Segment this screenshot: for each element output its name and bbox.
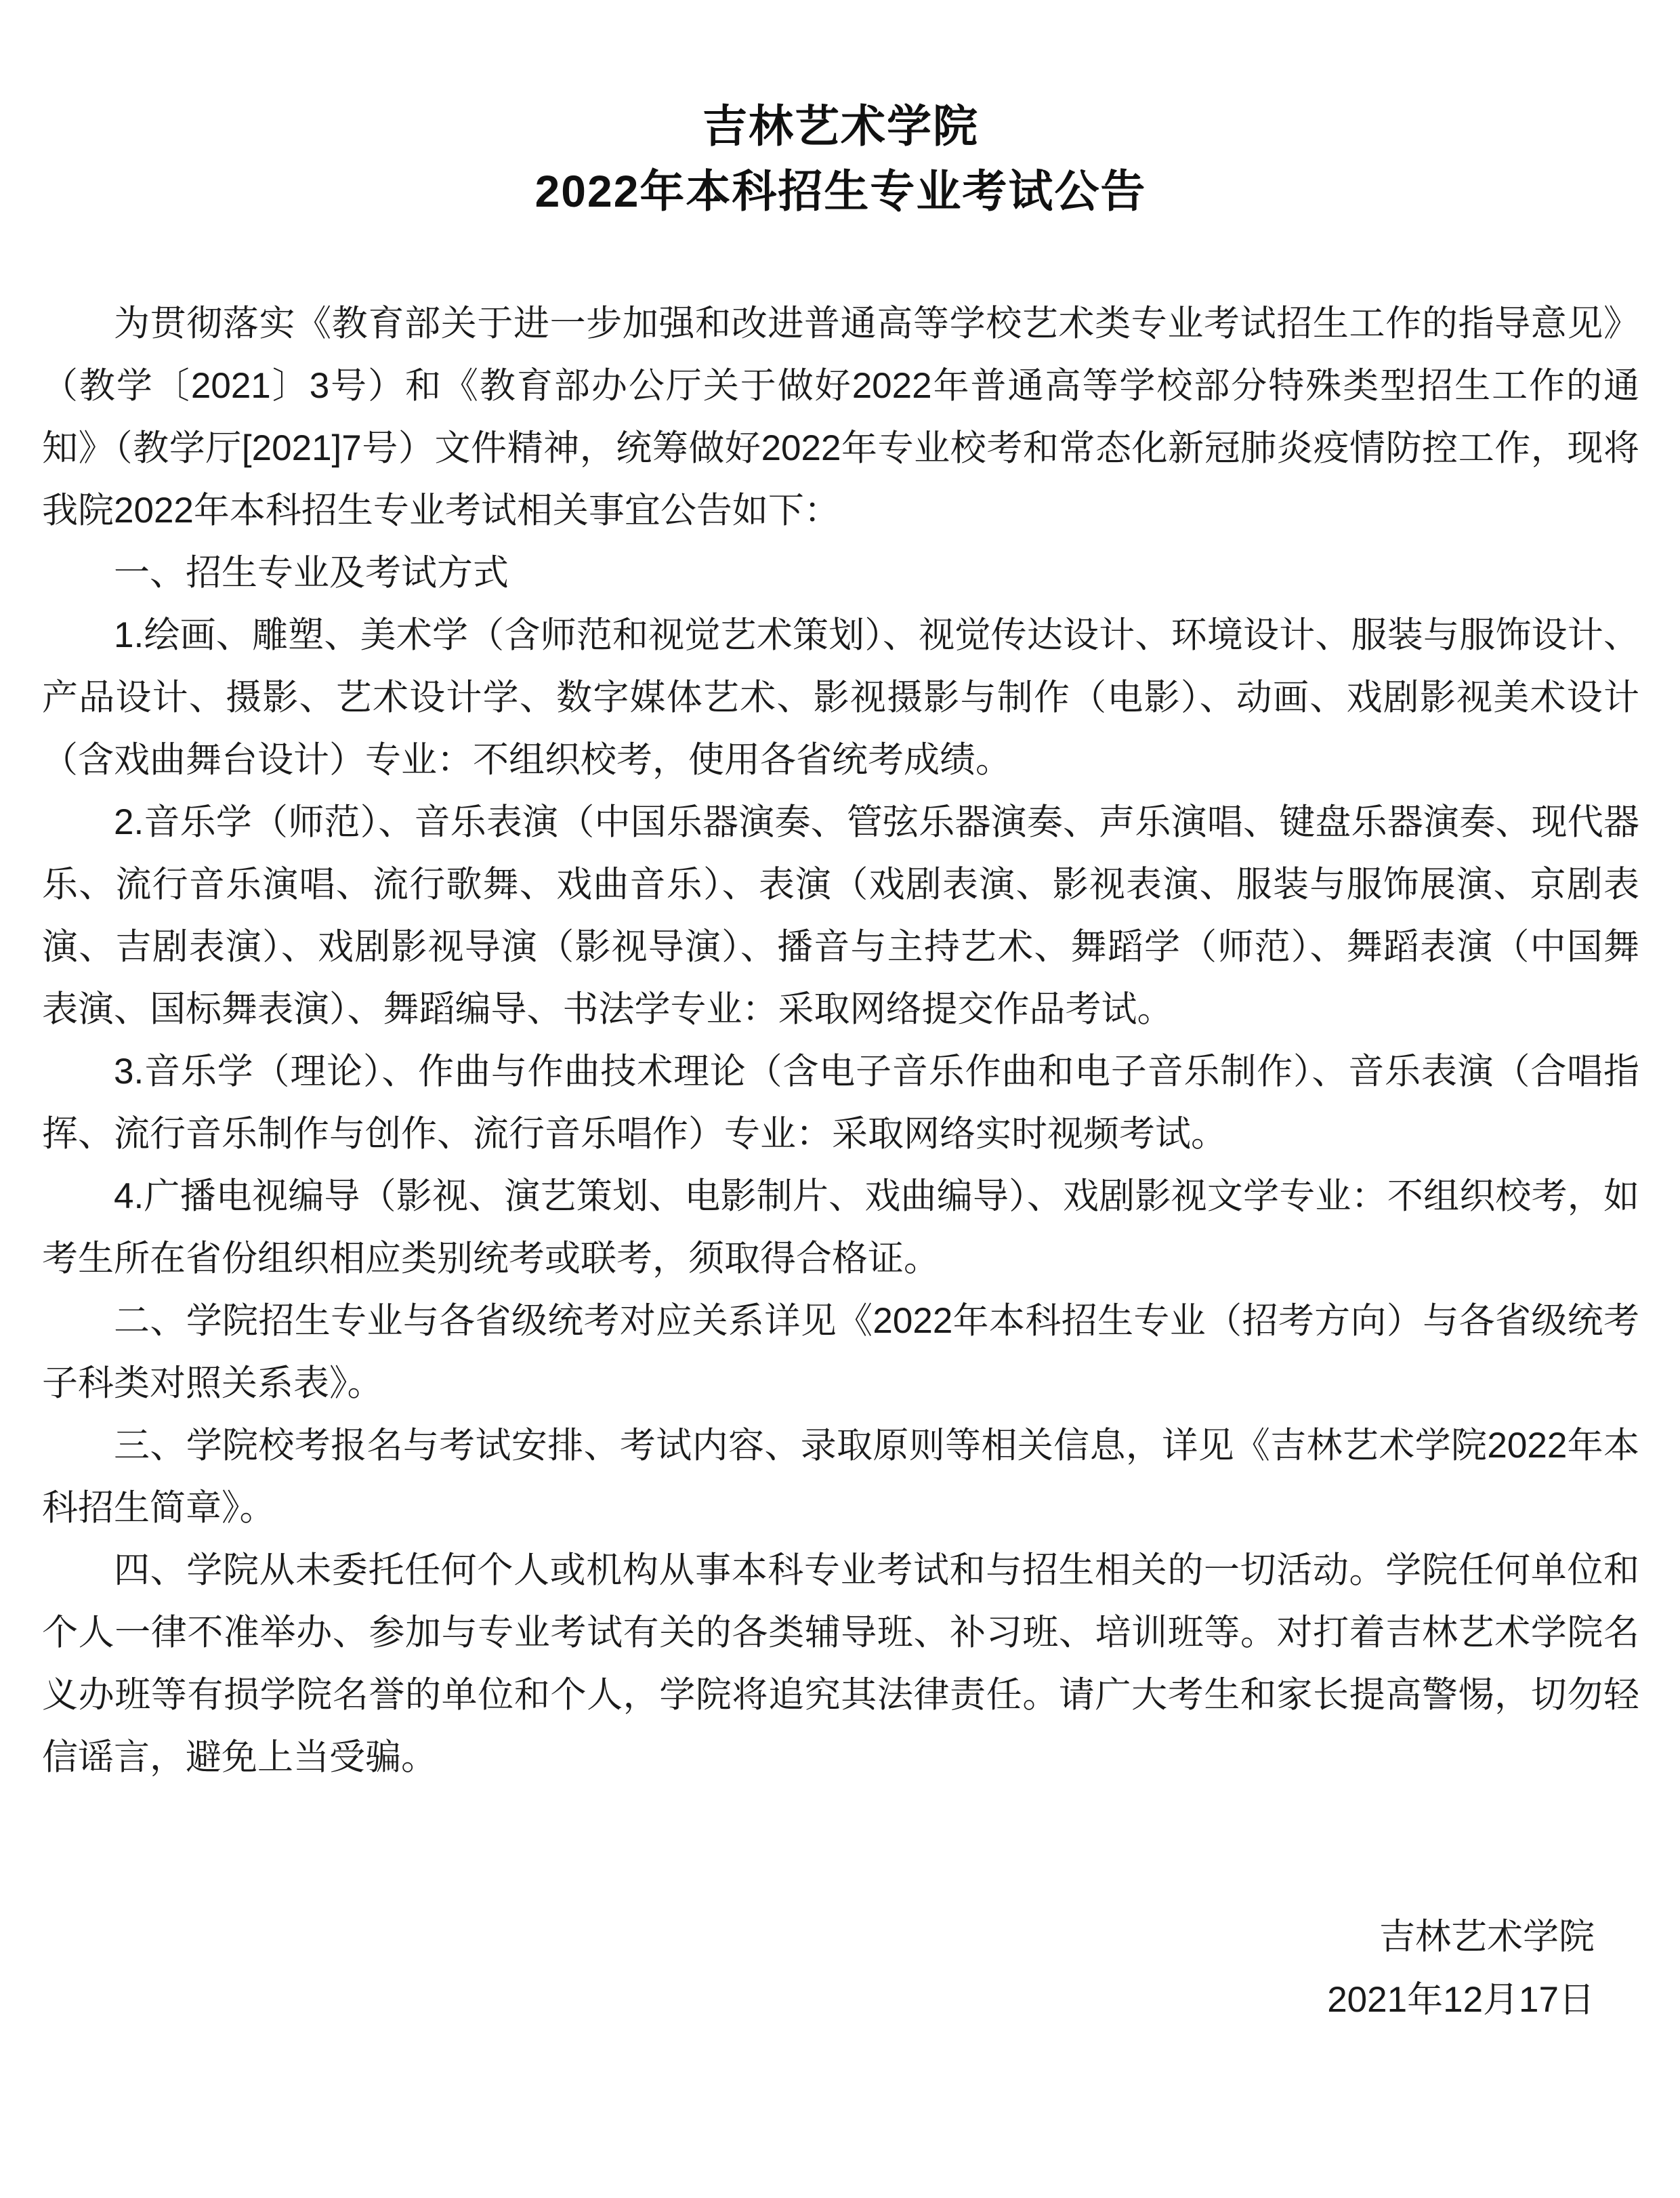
paragraph-item-3: 3.音乐学（理论）、作曲与作曲技术理论（含电子音乐作曲和电子音乐制作）、音乐表演… — [42, 1041, 1639, 1165]
paragraph-item-2: 2.音乐学（师范）、音乐表演（中国乐器演奏、管弦乐器演奏、声乐演唱、键盘乐器演奏… — [42, 791, 1639, 1041]
heading-section-1: 一、招生专业及考试方式 — [42, 542, 1639, 604]
title-line-1: 吉林艺术学院 — [42, 94, 1639, 159]
signature-date: 2021年12月17日 — [42, 1968, 1595, 2031]
document-body: 为贯彻落实《教育部关于进一步加强和改进普通高等学校艺术类专业考试招生工作的指导意… — [42, 293, 1639, 1789]
signature-org: 吉林艺术学院 — [42, 1905, 1595, 1968]
paragraph-item-1: 1.绘画、雕塑、美术学（含师范和视觉艺术策划）、视觉传达设计、环境设计、服装与服… — [42, 604, 1639, 791]
paragraph-section-3: 三、学院校考报名与考试安排、考试内容、录取原则等相关信息，详见《吉林艺术学院20… — [42, 1415, 1639, 1539]
paragraph-section-2: 二、学院招生专业与各省级统考对应关系详见《2022年本科招生专业（招考方向）与各… — [42, 1290, 1639, 1415]
document-page: 吉林艺术学院 2022年本科招生专业考试公告 为贯彻落实《教育部关于进一步加强和… — [0, 0, 1680, 2198]
paragraph-section-4: 四、学院从未委托任何个人或机构从事本科专业考试和与招生相关的一切活动。学院任何单… — [42, 1539, 1639, 1789]
paragraph-intro: 为贯彻落实《教育部关于进一步加强和改进普通高等学校艺术类专业考试招生工作的指导意… — [42, 293, 1639, 542]
title-line-2: 2022年本科招生专业考试公告 — [42, 159, 1639, 224]
signature-block: 吉林艺术学院 2021年12月17日 — [42, 1905, 1639, 2031]
document-title: 吉林艺术学院 2022年本科招生专业考试公告 — [42, 94, 1639, 224]
paragraph-item-4: 4.广播电视编导（影视、演艺策划、电影制片、戏曲编导）、戏剧影视文学专业：不组织… — [42, 1165, 1639, 1290]
